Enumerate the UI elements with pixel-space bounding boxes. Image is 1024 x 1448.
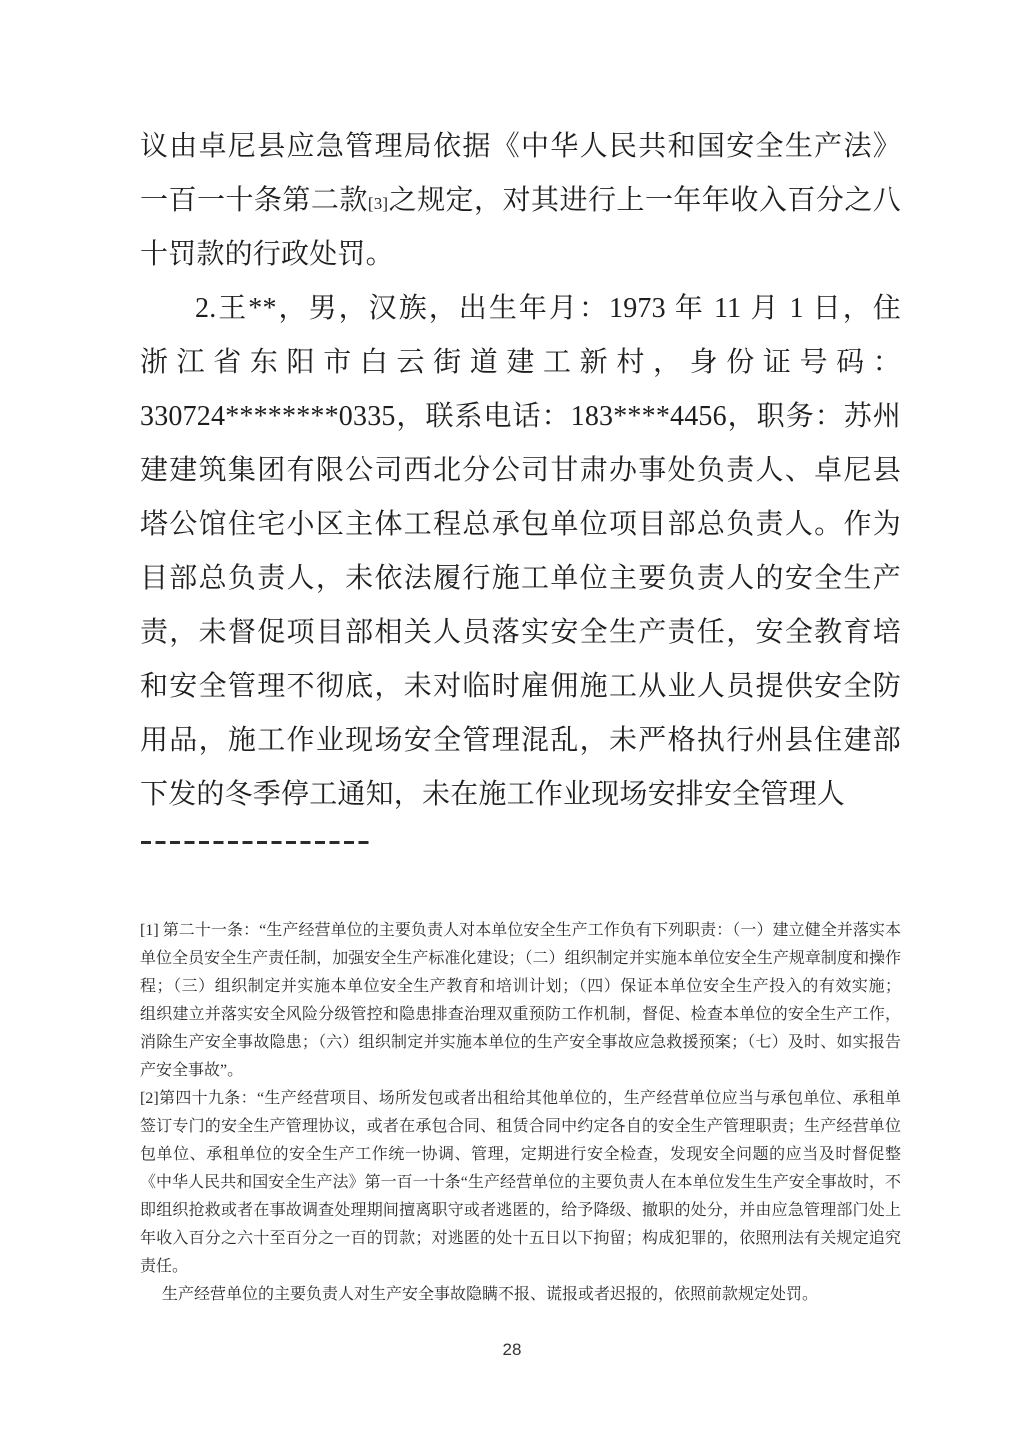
- body-text-line: 塔公馆住宅小区主体工程总承包单位项目部总负责人。作为项: [140, 498, 901, 552]
- body-text-line: 十罚款的行政处罚。: [140, 228, 901, 282]
- body-paragraph-1: 议由卓尼县应急管理局依据《中华人民共和国安全生产法》第 一百一十条第二款[3]之…: [140, 120, 901, 282]
- footnote-line: 消除生产安全事故隐患；（六）组织制定并实施本单位的生产安全事故应急救援预案；（七…: [140, 1029, 901, 1057]
- body-text-line: 议由卓尼县应急管理局依据《中华人民共和国安全生产法》第: [140, 120, 901, 174]
- footnote-line: 生产经营单位的主要负责人对生产安全事故隐瞒不报、谎报或者迟报的，依照前款规定处罚…: [140, 1281, 901, 1309]
- body-text-line: 浙江省东阳市白云街道建工新村，身份证号码：: [140, 336, 901, 390]
- footnote-line: 签订专门的安全生产管理协议，或者在承包合同、租赁合同中约定各自的安全生产管理职责…: [140, 1113, 901, 1141]
- body-text-line: 一百一十条第二款[3]之规定，对其进行上一年年收入百分之八: [140, 174, 901, 228]
- body-text-line: 用品，施工作业现场安全管理混乱，未严格执行州县住建部门: [140, 714, 901, 768]
- body-paragraph-2: 2.王**，男，汉族，出生年月：1973 年 11 月 1 日，住址： 浙江省东…: [140, 282, 901, 822]
- footnote-separator: [141, 841, 373, 844]
- footnote-line: 单位全员安全生产责任制，加强安全生产标准化建设；（二）组织制定并实施本单位安全生…: [140, 945, 901, 973]
- footnotes-section: [1] 第二十一条：“生产经营单位的主要负责人对本单位安全生产工作负有下列职责：…: [140, 917, 901, 1309]
- footnote-line: 组织建立并落实安全风险分级管控和隐患排查治理双重预防工作机制，督促、检查本单位的…: [140, 1001, 901, 1029]
- body-text-segment: 之规定，对其进行上一年年收入百分之八: [388, 185, 901, 216]
- body-text-line: 责，未督促项目部相关人员落实安全生产责任，安全教育培训: [140, 606, 901, 660]
- body-text-line: 建建筑集团有限公司西北分公司甘肃办事处负责人、卓尼县白: [140, 444, 901, 498]
- footnote-line: 责任。: [140, 1253, 901, 1281]
- body-text-line: 330724********0335，联系电话：183****4456，职务：苏…: [140, 390, 901, 444]
- footnote-line: 产安全事故”。: [140, 1057, 901, 1085]
- body-text-line: 下发的冬季停工通知，未在施工作业现场安排安全管理人员，: [140, 768, 901, 822]
- footnote-line: 包单位、承租单位的安全生产工作统一协调、管理，定期进行安全检查，发现安全问题的应…: [140, 1141, 901, 1169]
- document-page: 议由卓尼县应急管理局依据《中华人民共和国安全生产法》第 一百一十条第二款[3]之…: [0, 0, 1024, 1448]
- body-text-segment: 一百一十条第二款: [140, 185, 368, 216]
- page-number: 28: [0, 1340, 1024, 1360]
- footnote-ref-3: [3]: [368, 194, 388, 213]
- body-text-line: 目部总负责人，未依法履行施工单位主要负责人的安全生产职: [140, 552, 901, 606]
- footnote-line: 《中华人民共和国安全生产法》第一百一十条“生产经营单位的主要负责人在本单位发生生…: [140, 1169, 901, 1197]
- footnote-line: [2]第四十九条：“生产经营项目、场所发包或者出租给其他单位的，生产经营单位应当…: [140, 1085, 901, 1113]
- footnote-line: 程；（三）组织制定并实施本单位安全生产教育和培训计划；（四）保证本单位安全生产投…: [140, 973, 901, 1001]
- footnote-line: 年收入百分之六十至百分之一百的罚款；对逃匿的处十五日以下拘留；构成犯罪的，依照刑…: [140, 1225, 901, 1253]
- body-text-line: 2.王**，男，汉族，出生年月：1973 年 11 月 1 日，住址：: [140, 282, 901, 336]
- body-text-line: 和安全管理不彻底，未对临时雇佣施工从业人员提供安全防护: [140, 660, 901, 714]
- footnote-line: [1] 第二十一条：“生产经营单位的主要负责人对本单位安全生产工作负有下列职责：…: [140, 917, 901, 945]
- footnote-line: 即组织抢救或者在事故调查处理期间擅离职守或者逃匿的，给予降级、撤职的处分，并由应…: [140, 1197, 901, 1225]
- document-body: 议由卓尼县应急管理局依据《中华人民共和国安全生产法》第 一百一十条第二款[3]之…: [140, 120, 901, 822]
